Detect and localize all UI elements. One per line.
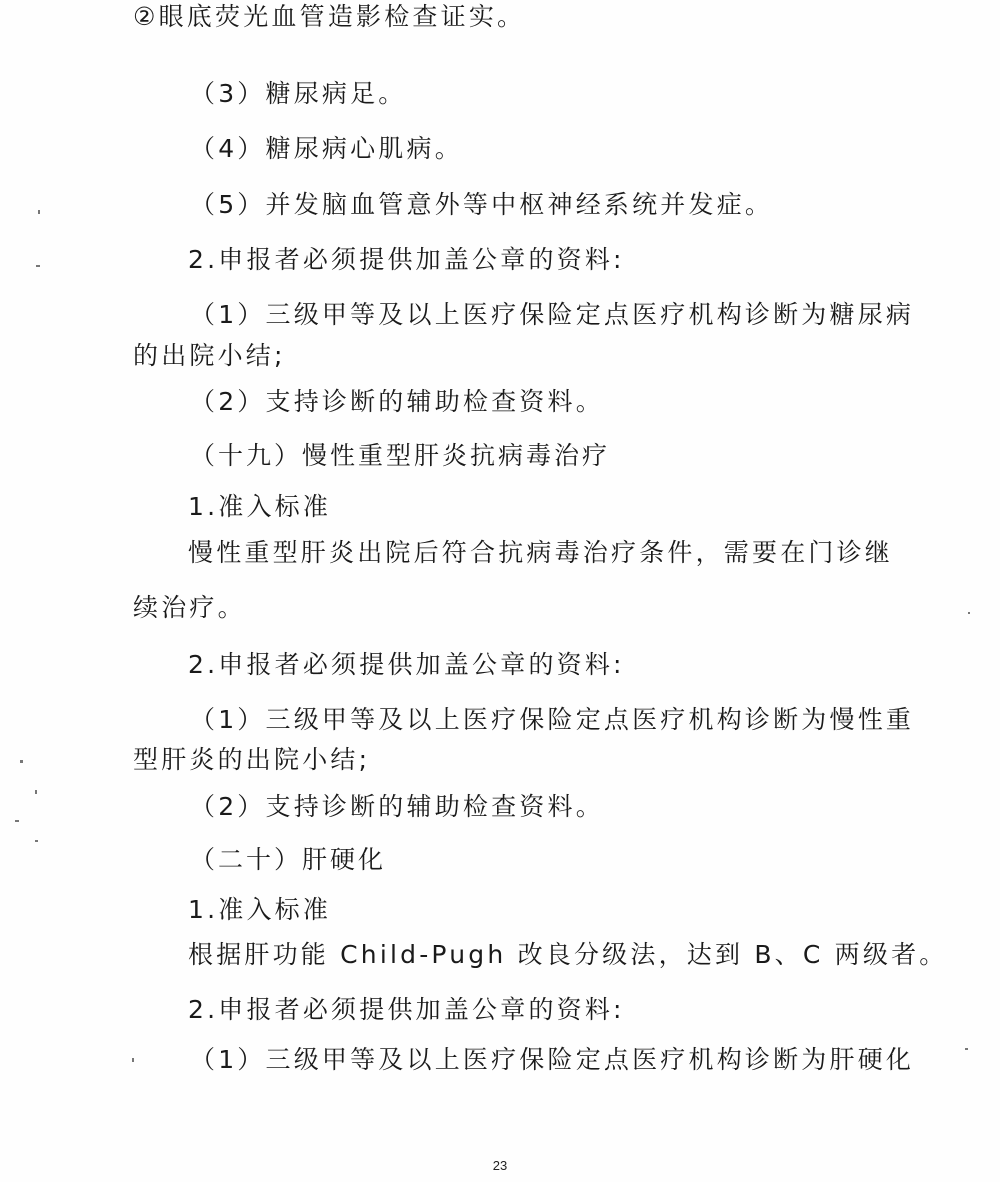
list-item-discharge-summary: （1）三级甲等及以上医疗保险定点医疗机构诊断为慢性重 [190, 705, 914, 735]
document-page: ②眼底荧光血管造影检查证实。 （3）糖尿病足。 （4）糖尿病心肌病。 （5）并发… [0, 0, 1000, 1182]
section-required-materials: 2.申报者必须提供加盖公章的资料: [188, 245, 625, 275]
scan-speck [15, 820, 19, 822]
scan-speck [965, 1048, 968, 1050]
scan-speck [36, 265, 40, 267]
scan-speck [132, 1058, 134, 1062]
list-item-discharge-summary: （1）三级甲等及以上医疗保险定点医疗机构诊断为糖尿病 [190, 300, 914, 330]
list-item-diabetic-foot: （3）糖尿病足。 [190, 79, 407, 109]
paragraph-criteria: 慢性重型肝炎出院后符合抗病毒治疗条件，需要在门诊继 [188, 538, 893, 568]
list-item-discharge-summary-cont: 的出院小结; [133, 341, 286, 371]
list-item-auxiliary-exam: （2）支持诊断的辅助检查资料。 [190, 387, 604, 417]
paragraph-criteria-cont: 续治疗。 [133, 593, 246, 623]
list-item-discharge-summary-cont: 型肝炎的出院小结; [133, 745, 370, 775]
section-required-materials: 2.申报者必须提供加盖公章的资料: [188, 650, 625, 680]
section-required-materials: 2.申报者必须提供加盖公章的资料: [188, 995, 625, 1025]
scan-speck [20, 760, 23, 763]
list-item-fundus-angiography: ②眼底荧光血管造影检查证实。 [133, 2, 525, 32]
list-item-auxiliary-exam: （2）支持诊断的辅助检查资料。 [190, 792, 604, 822]
subheading-admission-criteria: 1.准入标准 [188, 492, 331, 522]
section-heading-20: （二十）肝硬化 [190, 845, 386, 875]
scan-speck [35, 790, 37, 794]
paragraph-criteria: 根据肝功能 Child-Pugh 改良分级法，达到 B、C 两级者。 [188, 940, 947, 970]
scan-speck [35, 840, 38, 842]
list-item-discharge-summary: （1）三级甲等及以上医疗保险定点医疗机构诊断为肝硬化 [190, 1045, 914, 1075]
page-number: 23 [0, 1158, 1000, 1173]
scan-speck [38, 210, 40, 214]
scan-speck [968, 612, 970, 614]
section-heading-19: （十九）慢性重型肝炎抗病毒治疗 [190, 441, 610, 471]
list-item-cerebrovascular: （5）并发脑血管意外等中枢神经系统并发症。 [190, 190, 773, 220]
subheading-admission-criteria: 1.准入标准 [188, 895, 331, 925]
list-item-diabetic-cardiomyopathy: （4）糖尿病心肌病。 [190, 134, 463, 164]
